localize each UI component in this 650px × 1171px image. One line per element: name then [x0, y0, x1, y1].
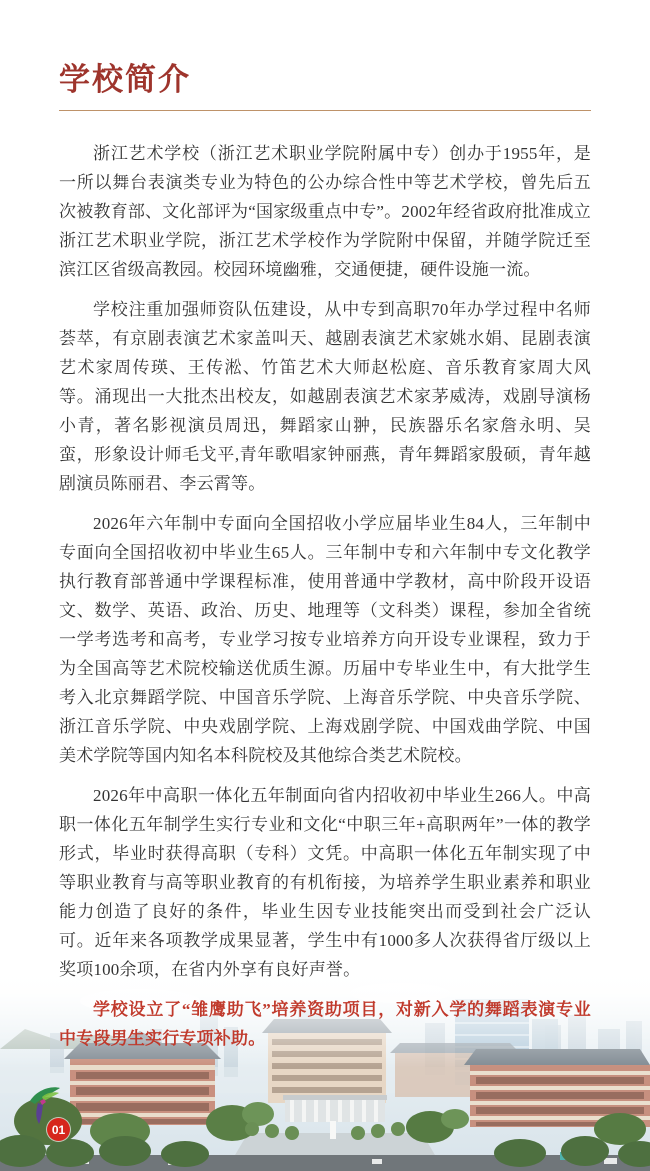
brochure-page: 学校简介 浙江艺术学校（浙江艺术职业学院附属中专）创办于1955年，是一所以舞台… [0, 0, 650, 1171]
paragraph-faculty-alumni: 学校注重加强师资队伍建设，从中专到高职70年办学过程中名师荟萃，有京剧表演艺术家… [59, 295, 591, 498]
paragraph-school-history: 浙江艺术学校（浙江艺术职业学院附属中专）创办于1955年，是一所以舞台表演类专业… [59, 139, 591, 284]
highlight-paragraph-subsidy: 学校设立了“雏鹰助飞”培养资助项目，对新入学的舞蹈表演专业中专段男生实行专项补助… [59, 995, 591, 1053]
page-title: 学校简介 [59, 62, 591, 98]
text-column: 学校简介 浙江艺术学校（浙江艺术职业学院附属中专）创办于1955年，是一所以舞台… [0, 0, 650, 1053]
page-number-badge: 01 [47, 1118, 70, 1141]
title-divider [59, 110, 591, 111]
paragraph-five-year-program: 2026年中高职一体化五年制面向省内招收初中毕业生266人。中高职一体化五年制学… [59, 781, 591, 984]
paragraph-secondary-enrollment: 2026年六年制中专面向全国招收小学应届毕业生84人，三年制中专面向全国招收初中… [59, 509, 591, 770]
content: 浙江艺术学校（浙江艺术职业学院附属中专）创办于1955年，是一所以舞台表演类专业… [59, 139, 591, 1053]
